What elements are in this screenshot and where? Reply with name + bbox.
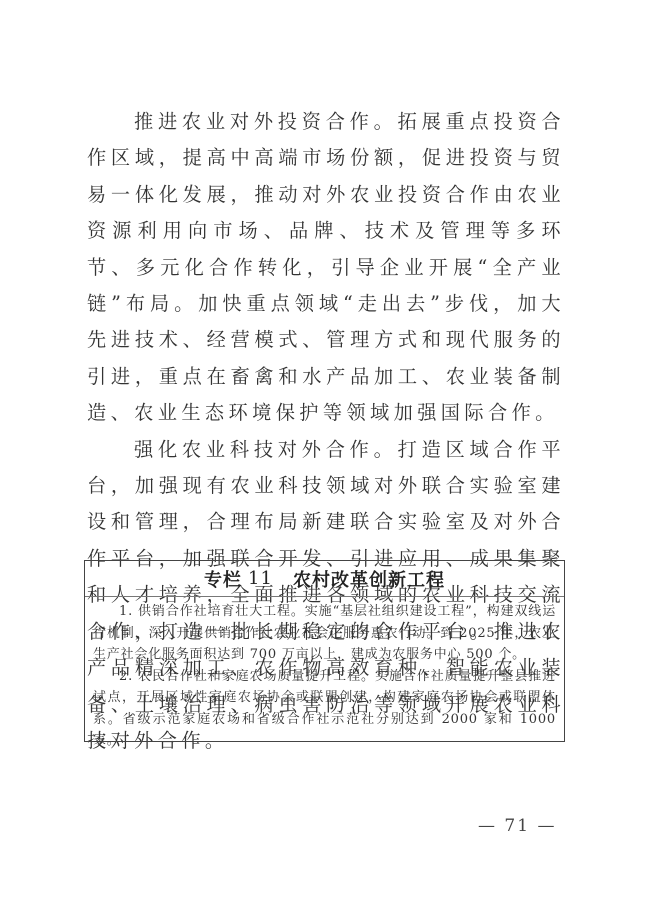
document-page: 推进农业对外投资合作。拓展重点投资合作区域，提高中高端市场份额，促进投资与贸易一… <box>0 0 650 919</box>
column-box-body: 1. 供销合作社培育壮大工程。实施“基层社组织建设工程”，构建双线运行机制，深入… <box>85 597 564 752</box>
column-box-header: 专栏 11 农村改革创新工程 <box>85 561 564 597</box>
paragraph-agri-investment: 推进农业对外投资合作。拓展重点投资合作区域，提高中高端市场份额，促进投资与贸易一… <box>87 104 565 432</box>
page-number: — 71 — <box>478 816 556 836</box>
column-number: 11 <box>248 568 273 589</box>
column-item: 1. 供销合作社培育壮大工程。实施“基层社组织建设工程”，构建双线运行机制，深入… <box>93 601 556 666</box>
column-item: 2. 农民合作社和家庭农场质量提升工程。实施合作社质量提升整县推进试点，开展区域… <box>93 666 556 752</box>
column-box: 专栏 11 农村改革创新工程 1. 供销合作社培育壮大工程。实施“基层社组织建设… <box>84 560 565 742</box>
column-title: 农村改革创新工程 <box>293 566 445 592</box>
column-label: 专栏 <box>204 566 242 592</box>
